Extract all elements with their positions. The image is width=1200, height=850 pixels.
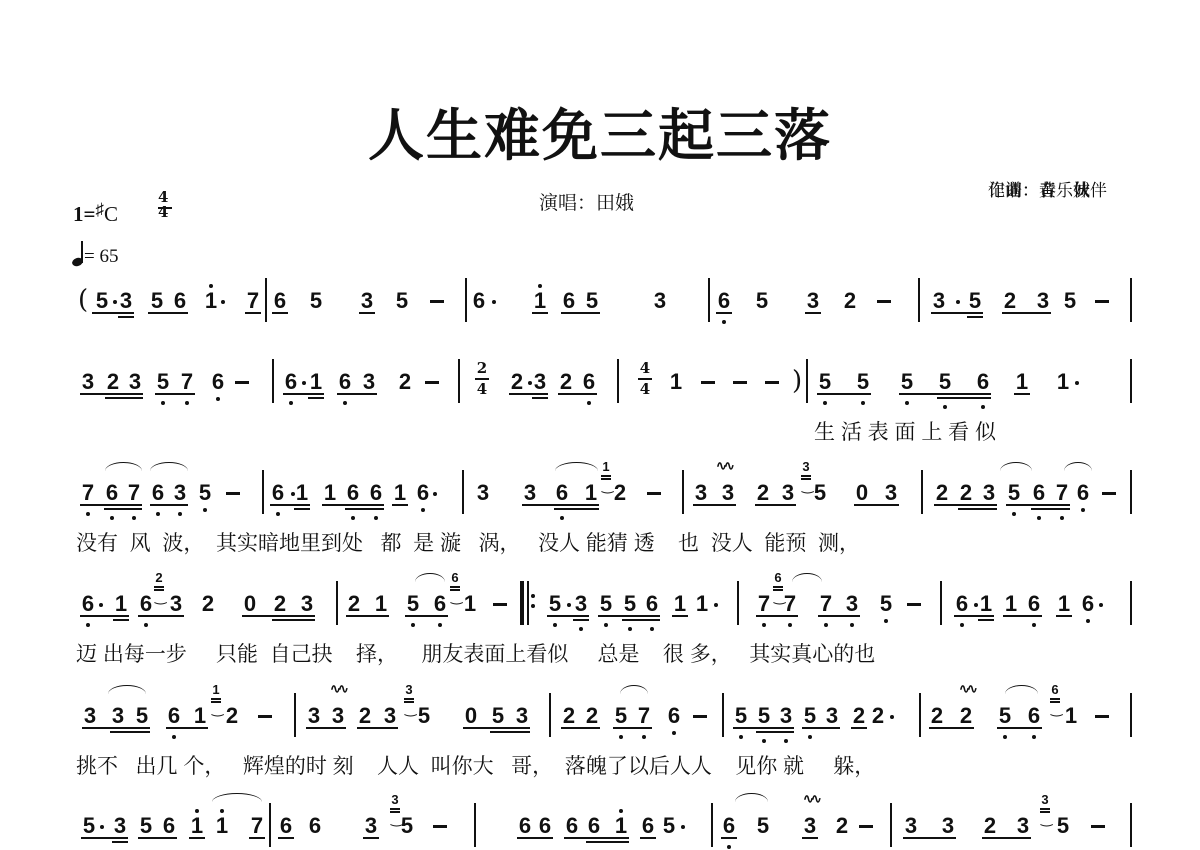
beam-underline [899, 393, 991, 395]
note: 6 [272, 290, 288, 312]
grace-tie-icon: ‿ [405, 701, 416, 715]
low-octave-dot [824, 623, 828, 627]
beam-underline [997, 727, 1042, 729]
augmentation-dot [1099, 603, 1103, 607]
note: 5 [547, 593, 563, 615]
beam-underline [954, 615, 994, 617]
note: 3 [780, 482, 796, 504]
low-octave-dot [161, 401, 165, 405]
note: 1 [308, 371, 324, 393]
grace-note: 1 [210, 683, 222, 696]
key-note: C [104, 202, 118, 226]
beam-underline [1006, 504, 1070, 506]
slur-icon [105, 462, 142, 471]
sustain-dash [907, 603, 921, 606]
beam-underline [1014, 393, 1030, 395]
low-octave-dot [981, 405, 985, 409]
beam-underline [756, 615, 798, 617]
tempo-marking: = 65 [72, 240, 118, 268]
note: 5 [733, 705, 749, 727]
beam-underline [693, 504, 736, 506]
note: 6 [283, 371, 299, 393]
low-octave-dot [132, 516, 136, 520]
augmentation-dot [567, 603, 571, 607]
note: 1 [462, 593, 478, 615]
note: 3 [903, 815, 919, 837]
barline [294, 693, 296, 737]
note: 3 [475, 482, 491, 504]
beam-underline [532, 397, 548, 399]
beam-underline [345, 508, 384, 510]
note: 6 [278, 815, 294, 837]
note: 5 [490, 705, 506, 727]
note: 6 [564, 815, 580, 837]
note: 3 [82, 705, 98, 727]
beam-underline [802, 837, 818, 839]
high-octave-dot [619, 809, 623, 813]
low-octave-dot [579, 627, 583, 631]
beam-underline [110, 731, 150, 733]
barline [1130, 278, 1132, 322]
grace-note: 3 [800, 460, 812, 473]
note: 6 [537, 815, 553, 837]
beam-underline [613, 727, 652, 729]
beam-underline [756, 731, 794, 733]
beam-underline [306, 727, 346, 729]
grace-tie-icon: ‿ [212, 701, 223, 715]
note: 3 [1015, 815, 1031, 837]
key-prefix: 1= [73, 202, 95, 226]
note: 3 [652, 290, 668, 312]
beam-underline [517, 837, 553, 839]
note: 3 [330, 705, 346, 727]
note: 1 [672, 593, 688, 615]
augmentation-dot [890, 715, 894, 719]
note: 3 [363, 815, 379, 837]
note: 3 [940, 815, 956, 837]
beam-underline [150, 504, 188, 506]
credit-label: 记谱： [988, 178, 1039, 204]
beam-underline [733, 727, 794, 729]
low-octave-dot [788, 623, 792, 627]
barline [336, 581, 338, 625]
note: 2 [870, 705, 886, 727]
note: 6 [471, 290, 487, 312]
note: 3 [931, 290, 947, 312]
low-octave-dot [553, 623, 557, 627]
repeat-dot [531, 604, 535, 608]
note: 2 [982, 815, 998, 837]
low-octave-dot [762, 739, 766, 743]
low-octave-dot [374, 516, 378, 520]
low-octave-dot [172, 735, 176, 739]
beam-underline [982, 837, 1031, 839]
barline [919, 693, 921, 737]
note: 3 [172, 482, 188, 504]
barline [1130, 803, 1132, 847]
slur-icon [1005, 685, 1038, 694]
augmentation-dot [99, 603, 103, 607]
barline [1130, 470, 1132, 514]
high-octave-dot [209, 284, 213, 288]
note: 5 [399, 815, 415, 837]
note: 6 [517, 815, 533, 837]
lyric-line: 没有 风 波， 其实暗地里到处 都 是 漩 涡， 没人 能猜 透 也 没人 能预… [76, 527, 860, 557]
transcriber-credit: 记谱：音乐伙伴 [988, 178, 1200, 204]
beam-underline [148, 312, 188, 314]
high-octave-dot [538, 284, 542, 288]
low-octave-dot [421, 508, 425, 512]
low-octave-dot [86, 512, 90, 516]
note: 2 [558, 371, 574, 393]
lyric-line: 挑不 出几 个， 辉煌的时 刻 人人 叫你大 哥， 落魄了以后人人 见你 就 躲… [76, 750, 875, 780]
low-octave-dot [808, 735, 812, 739]
note: 2 [1002, 290, 1018, 312]
note: 7 [818, 593, 834, 615]
beam-underline [721, 837, 737, 839]
note: 1 [294, 482, 310, 504]
note: 6 [270, 482, 286, 504]
note: 5 [937, 371, 953, 393]
note: 0 [242, 593, 258, 615]
sustain-dash [701, 381, 715, 384]
note: 6 [644, 593, 660, 615]
beam-underline [245, 312, 261, 314]
beam-underline [392, 504, 408, 506]
beam-underline [554, 508, 599, 510]
note: 1 [214, 815, 230, 837]
time-signature-change: 44 [637, 361, 653, 397]
note: 3 [118, 290, 134, 312]
beam-underline [509, 393, 548, 395]
barline [806, 359, 808, 403]
note: 1 [1003, 593, 1019, 615]
barline [890, 803, 892, 847]
beam-underline [105, 397, 143, 399]
key-signature: 1=♯C [73, 200, 118, 227]
note: 2 [842, 290, 858, 312]
note: 1 [192, 705, 208, 727]
slur-icon [1064, 462, 1092, 471]
augmentation-dot [956, 300, 960, 304]
note: 5 [997, 705, 1013, 727]
note: 6 [432, 593, 448, 615]
beam-underline [716, 312, 732, 314]
note: 5 [817, 371, 833, 393]
note: 3 [805, 290, 821, 312]
beam-underline [337, 393, 377, 395]
beam-underline [363, 837, 379, 839]
note: 1 [373, 593, 389, 615]
barline [272, 359, 274, 403]
note: 3 [1035, 290, 1051, 312]
barline [265, 278, 267, 322]
beam-underline [547, 615, 589, 617]
note: 5 [661, 815, 677, 837]
beam-underline [249, 837, 265, 839]
note: 3 [514, 705, 530, 727]
note: 5 [1055, 815, 1071, 837]
augmentation-dot [433, 492, 437, 496]
augmentation-dot [113, 300, 117, 304]
barline [549, 693, 551, 737]
note: 6 [161, 815, 177, 837]
beam-underline [155, 393, 195, 395]
sustain-dash [733, 381, 747, 384]
barline [722, 693, 724, 737]
mordent-icon: ∿∿ [803, 791, 819, 807]
low-octave-dot [110, 516, 114, 520]
note: 2 [105, 371, 121, 393]
note: 2 [509, 371, 525, 393]
beam-underline [283, 393, 324, 395]
note: 3 [844, 593, 860, 615]
beam-underline [346, 615, 389, 617]
note: 1 [613, 815, 629, 837]
parenthesis: ( [78, 287, 88, 313]
note: 6 [104, 482, 120, 504]
low-octave-dot [289, 401, 293, 405]
note: 3 [80, 371, 96, 393]
note: 1 [978, 593, 994, 615]
sustain-dash [425, 381, 439, 384]
note: 1 [203, 290, 219, 312]
low-octave-dot [960, 623, 964, 627]
note: 7 [179, 371, 195, 393]
note: 5 [584, 290, 600, 312]
beam-underline [112, 841, 128, 843]
grace-note: 6 [1049, 683, 1061, 696]
barline [458, 359, 460, 403]
sustain-dash [1095, 715, 1109, 718]
beam-underline [564, 837, 629, 839]
note: 0 [463, 705, 479, 727]
beam-underline [138, 837, 177, 839]
barline [921, 470, 923, 514]
beam-underline [490, 731, 530, 733]
augmentation-dot [714, 603, 718, 607]
grace-note: 2 [153, 571, 165, 584]
note: 5 [855, 371, 871, 393]
sustain-dash [859, 825, 873, 828]
beam-underline [640, 837, 656, 839]
note: 5 [197, 482, 213, 504]
note: 6 [1026, 593, 1042, 615]
grace-tie-icon: ‿ [155, 589, 166, 603]
barline [918, 278, 920, 322]
note: 6 [586, 815, 602, 837]
beam-underline [1003, 615, 1042, 617]
note: 5 [622, 593, 638, 615]
beam-underline [967, 316, 983, 318]
fraction-line [158, 207, 172, 209]
note: 2 [851, 705, 867, 727]
beam-underline [532, 312, 548, 314]
beam-underline [80, 615, 129, 617]
slur-icon [620, 685, 648, 694]
sustain-dash [1091, 825, 1105, 828]
mordent-icon: ∿∿ [330, 681, 346, 697]
slur-icon [792, 573, 822, 582]
beam-underline [1002, 312, 1051, 314]
note: 5 [613, 705, 629, 727]
note: 6 [337, 371, 353, 393]
sustain-dash [226, 492, 240, 495]
beam-underline [82, 727, 150, 729]
low-octave-dot [144, 623, 148, 627]
sharp-icon: ♯ [95, 200, 104, 219]
sustain-dash [235, 381, 249, 384]
low-octave-dot [351, 516, 355, 520]
beam-underline [278, 837, 294, 839]
note: 3 [299, 593, 315, 615]
beam-underline [522, 504, 599, 506]
note: 6 [640, 815, 656, 837]
note: 3 [693, 482, 709, 504]
beam-underline [929, 727, 974, 729]
grace-tie-icon: ‿ [1051, 701, 1062, 715]
beam-underline [463, 727, 530, 729]
sustain-dash [493, 603, 507, 606]
note: 6 [954, 593, 970, 615]
sustain-dash [877, 300, 891, 303]
low-octave-dot [1003, 735, 1007, 739]
note: 1 [668, 371, 684, 393]
note: 5 [802, 705, 818, 727]
note: 7 [126, 482, 142, 504]
lyric-line: 迈 出每一步 只能 自己抉 择， 朋友表面上看似 总是 很 多， 其实真心的也 [76, 638, 875, 668]
low-octave-dot [861, 401, 865, 405]
note: 5 [134, 705, 150, 727]
note: 6 [345, 482, 361, 504]
beam-underline [817, 393, 871, 395]
slur-icon [415, 573, 445, 582]
note: 6 [368, 482, 384, 504]
beam-underline [80, 393, 143, 395]
beam-underline [322, 504, 384, 506]
lyric-line: 生 活 表 面 上 看 似 [814, 416, 996, 446]
slur-icon [212, 793, 262, 802]
note: 6 [666, 705, 682, 727]
grace-tie-icon: ‿ [451, 589, 462, 603]
note: 3 [112, 815, 128, 837]
note: 7 [80, 482, 96, 504]
note: 0 [854, 482, 870, 504]
note: 6 [581, 371, 597, 393]
grace-tie-icon: ‿ [1041, 811, 1052, 825]
note: 6 [1080, 593, 1096, 615]
beam-underline [958, 508, 997, 510]
augmentation-dot [681, 825, 685, 829]
note: 2 [200, 593, 216, 615]
note: 3 [522, 482, 538, 504]
note: 5 [812, 482, 828, 504]
note: 3 [382, 705, 398, 727]
barline [682, 470, 684, 514]
beam-underline [242, 615, 315, 617]
note: 6 [150, 482, 166, 504]
note: 6 [172, 290, 188, 312]
note: 2 [958, 705, 974, 727]
beam-underline [1056, 615, 1072, 617]
sustain-dash [430, 300, 444, 303]
low-octave-dot [823, 401, 827, 405]
barline [465, 278, 467, 322]
credit-value: 音乐伙伴 [1039, 178, 1107, 204]
beam-underline [272, 312, 288, 314]
grace-note: 1 [600, 460, 612, 473]
note: 5 [394, 290, 410, 312]
note: 3 [573, 593, 589, 615]
low-octave-dot [1037, 516, 1041, 520]
tempo-value: = 65 [84, 246, 118, 267]
note: 3 [720, 482, 736, 504]
beam-underline [189, 837, 205, 839]
repeat-dot [531, 594, 535, 598]
low-octave-dot [619, 735, 623, 739]
note: 2 [958, 482, 974, 504]
note: 3 [778, 705, 794, 727]
low-octave-dot [642, 735, 646, 739]
low-octave-dot [1086, 619, 1090, 623]
low-octave-dot [762, 623, 766, 627]
quarter-note-icon [72, 240, 84, 266]
beam-underline [270, 504, 310, 506]
note: 2 [346, 593, 362, 615]
note: 6 [307, 815, 323, 837]
beam-underline [138, 615, 184, 617]
barline [1130, 581, 1132, 625]
mordent-icon: ∿∿ [716, 458, 732, 474]
note: 6 [1026, 705, 1042, 727]
note: 3 [981, 482, 997, 504]
beam-underline [931, 312, 983, 314]
barline [711, 803, 713, 847]
note: 5 [94, 290, 110, 312]
note: 3 [532, 371, 548, 393]
slur-icon [735, 793, 768, 802]
mordent-icon: ∿∿ [959, 681, 975, 697]
note: 2 [612, 482, 628, 504]
beam-underline [166, 727, 208, 729]
time-signature-bottom: 4 [637, 382, 653, 397]
note: 1 [322, 482, 338, 504]
grace-note: 6 [449, 571, 461, 584]
note: 2 [834, 815, 850, 837]
note: 2 [357, 705, 373, 727]
note: 3 [359, 290, 375, 312]
low-octave-dot [722, 320, 726, 324]
note: 5 [81, 815, 97, 837]
note: 2 [934, 482, 950, 504]
low-octave-dot [884, 619, 888, 623]
barline [262, 470, 264, 514]
low-octave-dot [943, 405, 947, 409]
note: 2 [755, 482, 771, 504]
augmentation-dot [1075, 381, 1079, 385]
sustain-dash [1095, 300, 1109, 303]
barline [1130, 693, 1132, 737]
sustain-dash [258, 715, 272, 718]
note: 1 [189, 815, 205, 837]
grace-note: 3 [389, 793, 401, 806]
note: 2 [584, 705, 600, 727]
note: 3 [883, 482, 899, 504]
beam-underline [805, 312, 821, 314]
low-octave-dot [628, 627, 632, 631]
beam-underline [405, 615, 448, 617]
note: 3 [824, 705, 840, 727]
